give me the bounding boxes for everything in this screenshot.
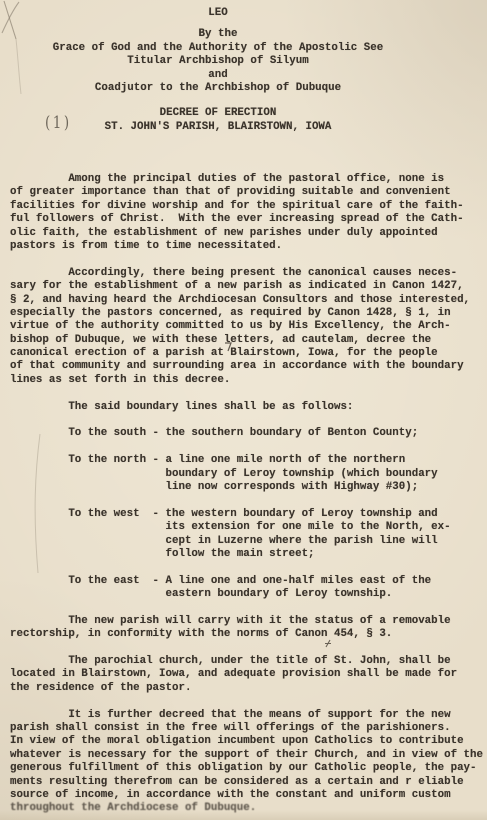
document-line <box>10 695 487 708</box>
document-line <box>10 561 487 574</box>
document-line: virtue of the authority committed to us … <box>10 320 487 333</box>
document-line: ST. JOHN'S PARISH, BLAIRSTOWN, IOWA <box>0 121 436 134</box>
scanned-document-page: (1) LEO By theGrace of God and the Autho… <box>0 0 487 820</box>
insertion-caret-mark <box>324 639 333 649</box>
document-line: cept in Luzerne where the parish line wi… <box>10 535 487 548</box>
document-line <box>10 387 487 400</box>
document-line: Accordingly, there being present the can… <box>10 267 487 280</box>
header-byline-block: By theGrace of God and the Authority of … <box>0 28 436 95</box>
document-line: lines as set forth in this decree. <box>10 374 487 387</box>
document-line: Grace of God and the Authority of the Ap… <box>0 42 436 55</box>
document-line <box>10 602 487 615</box>
document-line: The said boundary lines shall be as foll… <box>10 401 487 414</box>
document-line: To the south - the southern boundary of … <box>10 427 487 440</box>
document-line: eastern boundary of Leroy township. <box>10 588 487 601</box>
document-line <box>10 642 487 655</box>
document-line: ments resulting therefrom can be conside… <box>10 776 487 789</box>
document-header: LEO By theGrace of God and the Authority… <box>0 7 436 134</box>
document-line: the residence of the pastor. <box>10 682 487 695</box>
document-line <box>10 494 487 507</box>
document-title: LEO <box>0 7 436 20</box>
document-line: follow the main street; <box>10 548 487 561</box>
document-line: It is further decreed that the means of … <box>10 709 487 722</box>
document-line: To the east - A line one and one-half mi… <box>10 575 487 588</box>
decree-heading-block: DECREE OF ERECTIONST. JOHN'S PARISH, BLA… <box>0 107 436 134</box>
document-line: and <box>0 69 436 82</box>
document-line: especially the pastors concerned, as req… <box>10 307 487 320</box>
document-line: To the north - a line one mile north of … <box>10 454 487 467</box>
document-line: located in Blairstown, Iowa, and adequat… <box>10 668 487 681</box>
document-line: In view of the moral obligation incumben… <box>10 735 487 748</box>
document-line: boundary of Leroy township (which bounda… <box>10 468 487 481</box>
document-line: parish shall consist in the free will of… <box>10 722 487 735</box>
document-line: By the <box>0 28 436 41</box>
document-line: facilities for divine worship and for th… <box>10 200 487 213</box>
document-line: its extension for one mile to the North,… <box>10 521 487 534</box>
document-line: whatever is necessary for the support of… <box>10 749 487 762</box>
document-line: of that community and surrounding area i… <box>10 360 487 373</box>
document-line: To the west - the western boundary of Le… <box>10 508 487 521</box>
document-line: of greater importance than that of provi… <box>10 186 487 199</box>
document-line: generous fulfillment of this obligation … <box>10 762 487 775</box>
document-line: sary for the establishment of a new pari… <box>10 280 487 293</box>
document-line: DECREE OF ERECTION <box>0 107 436 120</box>
document-line: source of income, in accordance with the… <box>10 789 487 802</box>
document-line: rectorship, in conformity with the norms… <box>10 628 487 641</box>
document-line: Coadjutor to the Archbishop of Dubuque <box>0 82 436 95</box>
document-line: olic faith, the establishment of new par… <box>10 227 487 240</box>
document-body: Among the principal duties of the pastor… <box>10 173 487 816</box>
document-line: § 2, and having heard the Archdiocesan C… <box>10 294 487 307</box>
document-line <box>10 441 487 454</box>
document-line: The parochial church, under the title of… <box>10 655 487 668</box>
document-line: line now corresponds with Highway #30); <box>10 481 487 494</box>
document-line: Titular Archbishop of Silyum <box>0 55 436 68</box>
insertion-caret-mark <box>224 342 233 352</box>
document-line: ful followers of Christ. With the ever i… <box>10 213 487 226</box>
document-line: canonical erection of a parish at Blairs… <box>10 347 487 360</box>
document-line: Among the principal duties of the pastor… <box>10 173 487 186</box>
document-line <box>10 414 487 427</box>
scan-bottom-edge <box>0 810 487 820</box>
document-line: bishop of Dubuque, we with these letters… <box>10 334 487 347</box>
document-line <box>10 253 487 266</box>
document-line: The new parish will carry with it the st… <box>10 615 487 628</box>
document-line: pastors is from time to time necessitate… <box>10 240 487 253</box>
